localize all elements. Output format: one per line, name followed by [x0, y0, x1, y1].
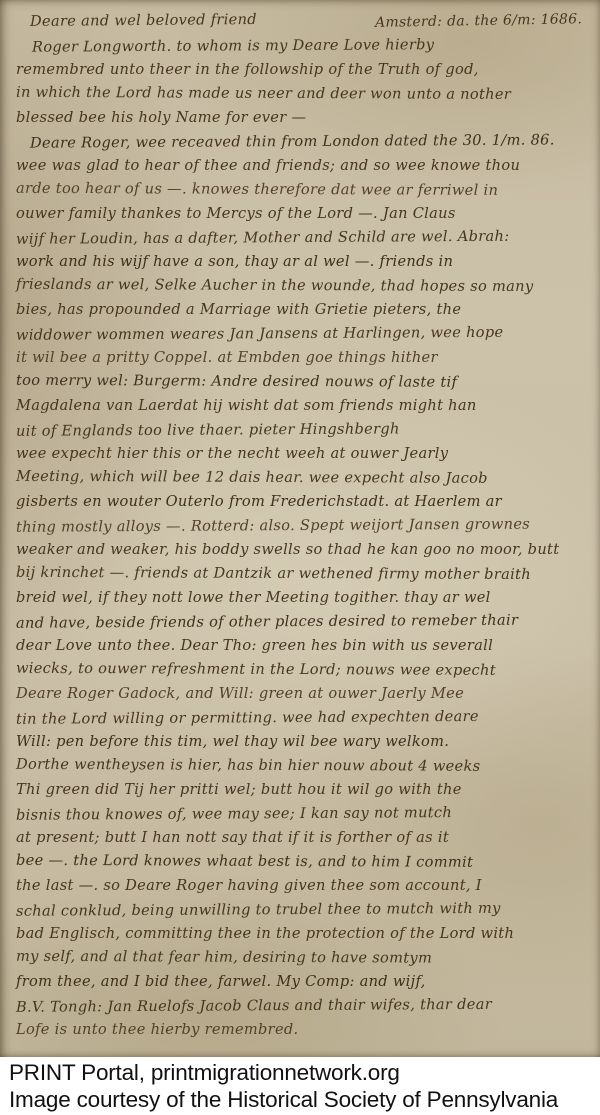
manuscript-line: schal conklud, being unwilling to trubel… [16, 896, 588, 923]
manuscript-page: Deare and wel beloved friend Amsterd: da… [0, 0, 600, 1057]
manuscript-line: Dorthe wentheysen is hier, has bin hier … [16, 753, 588, 779]
manuscript-line: thing mostly alloys —. Rotterd: also. Sp… [16, 512, 588, 539]
manuscript-line: too merry wel: Burgerm: Andre desired no… [16, 369, 588, 395]
manuscript-line: my self, and al that fear him, desiring … [16, 945, 588, 971]
image-caption: PRINT Portal, printmigrationnetwork.org … [0, 1057, 600, 1115]
manuscript-line: Roger Longworth. to whom is my Deare Lov… [16, 32, 588, 59]
caption-source-line: PRINT Portal, printmigrationnetwork.org [9, 1059, 600, 1086]
manuscript-line: uit of Englands too live thaer. pieter H… [16, 416, 588, 443]
dateline: Amsterd: da. the 6/m: 1686. [375, 6, 589, 36]
manuscript-line: Will: pen before this tim, wel thay wil … [16, 730, 588, 754]
manuscript-line: gisberts en wouter Outerlo from Frederic… [16, 490, 588, 514]
manuscript-line: remembred unto theer in the followship o… [16, 58, 588, 82]
manuscript-line: B.V. Tongh: Jan Ruelofs Jacob Claus and … [16, 992, 588, 1019]
manuscript-line: wijf her Loudin, has a dafter, Mother an… [16, 224, 588, 251]
manuscript-line: Deare Roger Gadock, and Will: green at o… [16, 682, 588, 706]
caption-courtesy-line: Image courtesy of the Historical Society… [9, 1086, 600, 1113]
manuscript-line: and have, beside friends of other places… [16, 608, 588, 635]
manuscript-line: Deare Roger, wee receaved thin from Lond… [16, 128, 588, 155]
manuscript-line: bisnis thou knowes of, wee may see; I ka… [16, 800, 588, 827]
manuscript-line: at present; butt I han nott say that if … [16, 826, 588, 850]
manuscript-body: Roger Longworth. to whom is my Deare Lov… [16, 34, 588, 1042]
manuscript-line: it wil bee a pritty Coppel. at Embden go… [16, 346, 588, 370]
manuscript-line: weaker and weaker, his boddy swells so t… [16, 538, 588, 562]
manuscript-line: frieslands ar wel, Selke Aucher in the w… [16, 273, 588, 299]
manuscript-line: Magdalena van Laerdat hij wisht dat som … [16, 394, 588, 418]
manuscript-line: Thi green did Tij her pritti wel; butt h… [16, 778, 588, 802]
manuscript-line: arde too hear of us —. knowes therefore … [16, 177, 588, 203]
manuscript-heading: Deare and wel beloved friend Amsterd: da… [16, 8, 588, 34]
manuscript-line: in which the Lord has made us neer and d… [16, 81, 588, 107]
manuscript-line: widdower wommen weares Jan Jansens at Ha… [16, 320, 588, 347]
manuscript-line: work and his wijf have a son, thay ar al… [16, 250, 588, 274]
manuscript-line: Meeting, which will bee 12 dais hear. we… [16, 465, 588, 491]
manuscript-line: ouwer family thankes to Mercys of the Lo… [16, 202, 588, 226]
manuscript-line: bij krinchet —. friends at Dantzik ar we… [16, 561, 588, 587]
salutation: Deare and wel beloved friend [16, 7, 257, 35]
manuscript-line: breid wel, if they nott lowe ther Meetin… [16, 586, 588, 610]
manuscript-text: Deare and wel beloved friend Amsterd: da… [16, 8, 588, 1042]
manuscript-line: dear Love unto thee. Dear Tho: green hes… [16, 634, 588, 658]
manuscript-line: wee was glad to hear of thee and friends… [16, 154, 588, 178]
manuscript-line: Lofe is unto thee hierby remembred. [16, 1018, 588, 1042]
manuscript-line: wee expecht hier this or the necht weeh … [16, 442, 588, 466]
manuscript-line: tin the Lord willing or permitting. wee … [16, 704, 588, 731]
manuscript-line: bad Englisch, committing thee in the pro… [16, 922, 588, 946]
manuscript-line: wiecks, to ouwer refreshment in the Lord… [16, 657, 588, 683]
manuscript-line: blessed bee his holy Name for ever — [16, 106, 588, 130]
manuscript-line: the last —. so Deare Roger having given … [16, 874, 588, 898]
manuscript-line: bies, has propounded a Marriage with Gri… [16, 298, 588, 322]
manuscript-line: from thee, and I bid thee, farwel. My Co… [16, 970, 588, 994]
manuscript-line: bee —. the Lord knowes whaat best is, an… [16, 849, 588, 875]
